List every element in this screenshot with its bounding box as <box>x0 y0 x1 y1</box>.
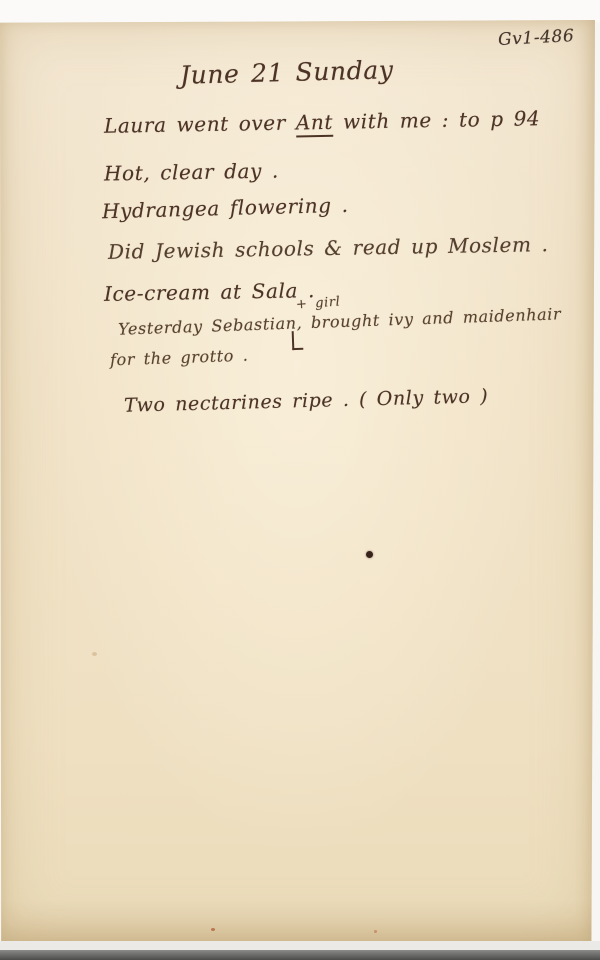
line1-underlined-word: Ant <box>296 110 334 138</box>
insertion-note: + girl <box>296 294 341 312</box>
catalog-number: Gv1-486 <box>498 26 575 50</box>
paper-speck <box>92 652 97 656</box>
paper-speck <box>374 930 377 933</box>
entry-date-title: June 21 Sunday <box>180 55 394 90</box>
ink-spot <box>366 551 373 558</box>
scanner-background-bottom <box>0 941 600 950</box>
line1-text-post: with me : to p 94 <box>333 106 541 134</box>
scanner-dark-strip <box>0 950 600 960</box>
diary-paper <box>0 20 595 943</box>
scanned-page: Gv1-486 June 21 Sunday Laura went over A… <box>0 0 600 960</box>
diary-line-2: Hot, clear day . <box>104 158 279 185</box>
paper-speck <box>211 928 215 931</box>
insertion-caret-mark <box>292 331 304 350</box>
line1-text-pre: Laura went over <box>104 110 296 137</box>
diary-line-5: Ice-cream at Sala . <box>104 278 315 306</box>
scanner-background-top <box>0 0 600 22</box>
